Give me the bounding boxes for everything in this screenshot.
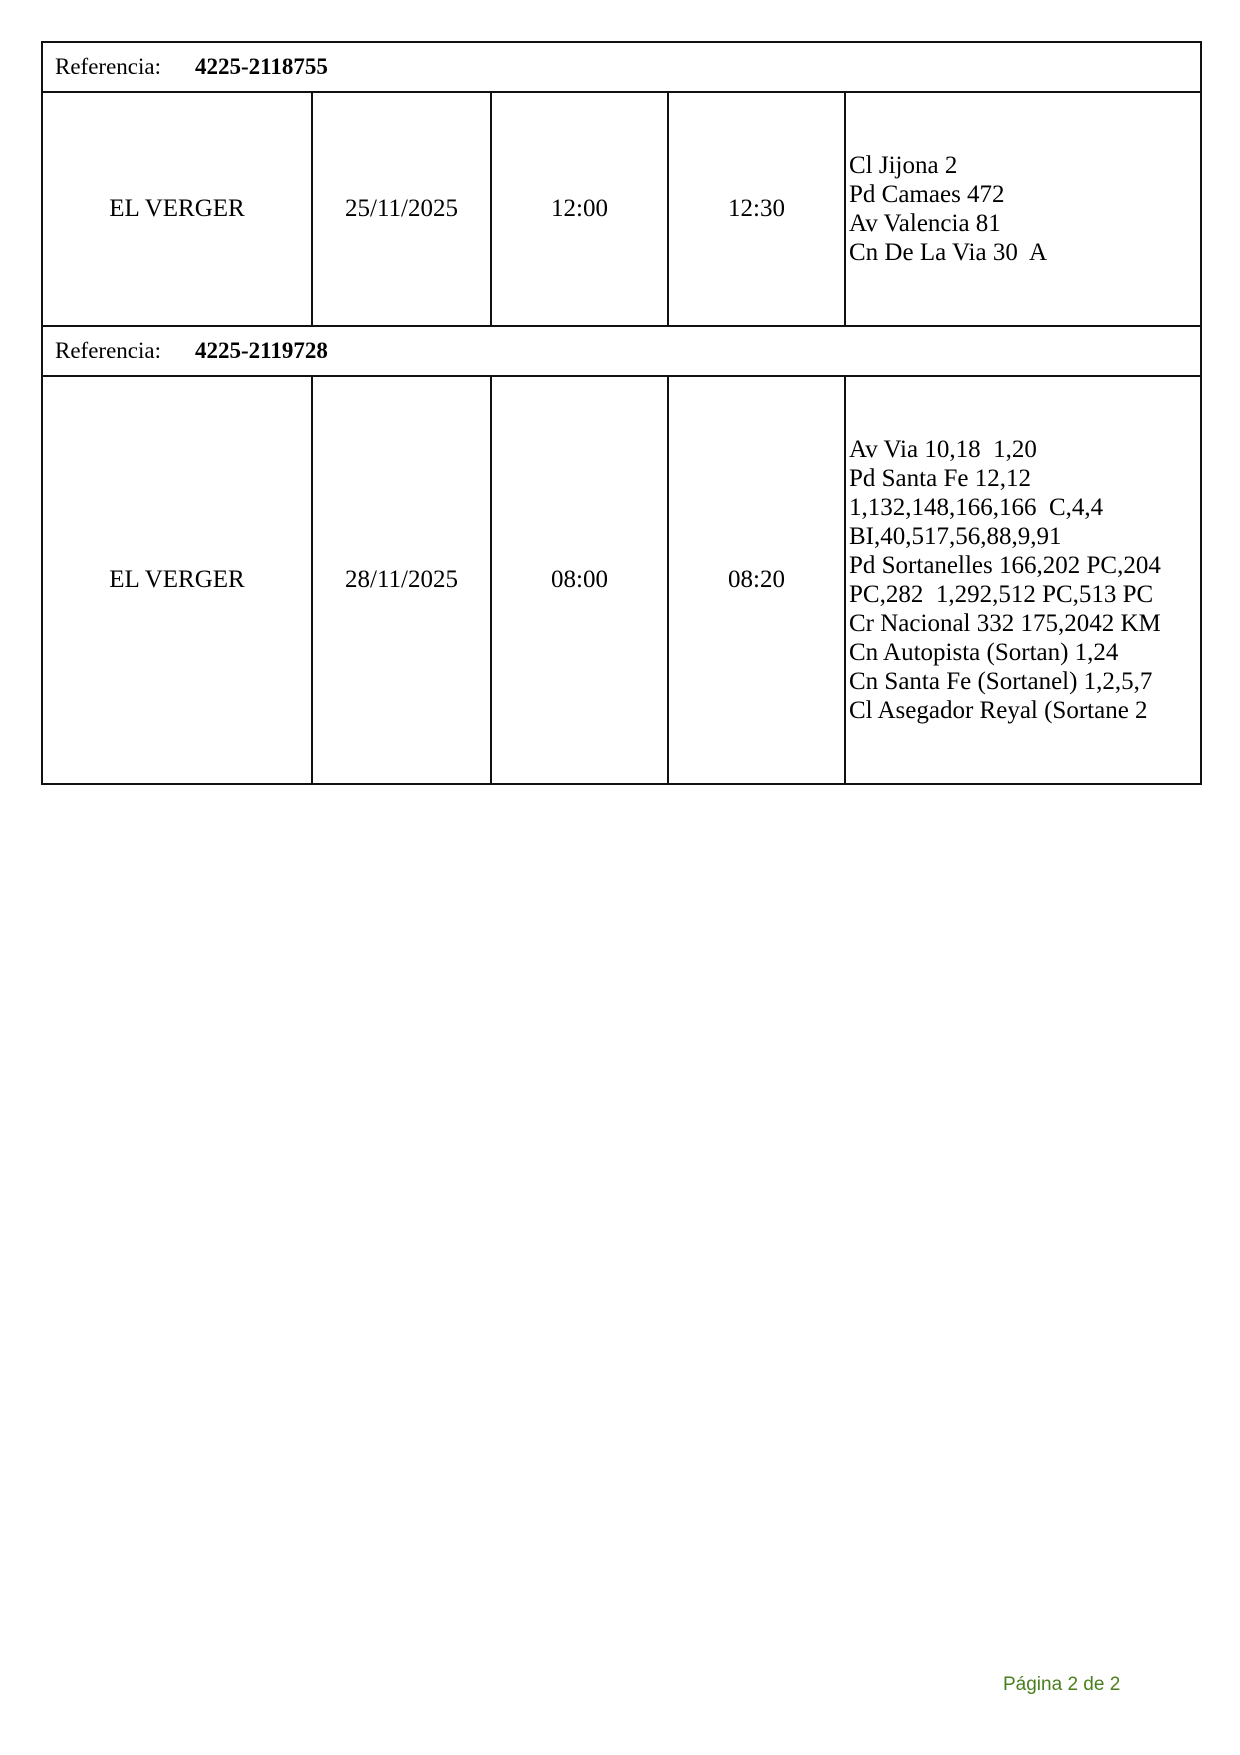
address-line: Pd Sortanelles 166,202 PC,204 bbox=[849, 551, 1200, 580]
address-line: Av Valencia 81 bbox=[849, 209, 1200, 238]
date-cell: 25/11/2025 bbox=[312, 92, 491, 326]
address-line: Cl Asegador Reyal (Sortane 2 bbox=[849, 696, 1200, 725]
page-number: Página 2 de 2 bbox=[1003, 1674, 1120, 1696]
reference-label: Referencia: bbox=[55, 54, 195, 80]
address-line: Cr Nacional 332 175,2042 KM bbox=[849, 609, 1200, 638]
addresses-cell: Av Via 10,18 1,20Pd Santa Fe 12,121,132,… bbox=[845, 376, 1201, 784]
municipality-cell: EL VERGER bbox=[42, 92, 312, 326]
address-line: BI,40,517,56,88,9,91 bbox=[849, 522, 1200, 551]
reference-value: 4225-2119728 bbox=[195, 338, 328, 363]
start-time-cell: 08:00 bbox=[491, 376, 668, 784]
addresses-cell: Cl Jijona 2Pd Camaes 472Av Valencia 81Cn… bbox=[845, 92, 1201, 326]
reference-row: Referencia:4225-2119728 bbox=[42, 326, 1201, 376]
table-row: EL VERGER 25/11/2025 12:00 12:30 Cl Jijo… bbox=[42, 92, 1201, 326]
end-time-cell: 08:20 bbox=[668, 376, 845, 784]
address-line: Pd Santa Fe 12,12 bbox=[849, 464, 1200, 493]
reference-value: 4225-2118755 bbox=[195, 54, 328, 79]
address-line: 1,132,148,166,166 C,4,4 bbox=[849, 493, 1200, 522]
address-line: PC,282 1,292,512 PC,513 PC bbox=[849, 580, 1200, 609]
reference-label: Referencia: bbox=[55, 338, 195, 364]
reference-row: Referencia:4225-2118755 bbox=[42, 42, 1201, 92]
address-line: Cn Autopista (Sortan) 1,24 bbox=[849, 638, 1200, 667]
address-line: Pd Camaes 472 bbox=[849, 180, 1200, 209]
address-line: Cn Santa Fe (Sortanel) 1,2,5,7 bbox=[849, 667, 1200, 696]
outage-schedule-table: Referencia:4225-2118755 EL VERGER 25/11/… bbox=[41, 41, 1202, 785]
start-time-cell: 12:00 bbox=[491, 92, 668, 326]
date-cell: 28/11/2025 bbox=[312, 376, 491, 784]
reference-cell: Referencia:4225-2118755 bbox=[42, 42, 1201, 92]
address-line: Cn De La Via 30 A bbox=[849, 238, 1200, 267]
end-time-cell: 12:30 bbox=[668, 92, 845, 326]
reference-cell: Referencia:4225-2119728 bbox=[42, 326, 1201, 376]
address-line: Cl Jijona 2 bbox=[849, 151, 1200, 180]
address-line: Av Via 10,18 1,20 bbox=[849, 435, 1200, 464]
table-row: EL VERGER 28/11/2025 08:00 08:20 Av Via … bbox=[42, 376, 1201, 784]
municipality-cell: EL VERGER bbox=[42, 376, 312, 784]
